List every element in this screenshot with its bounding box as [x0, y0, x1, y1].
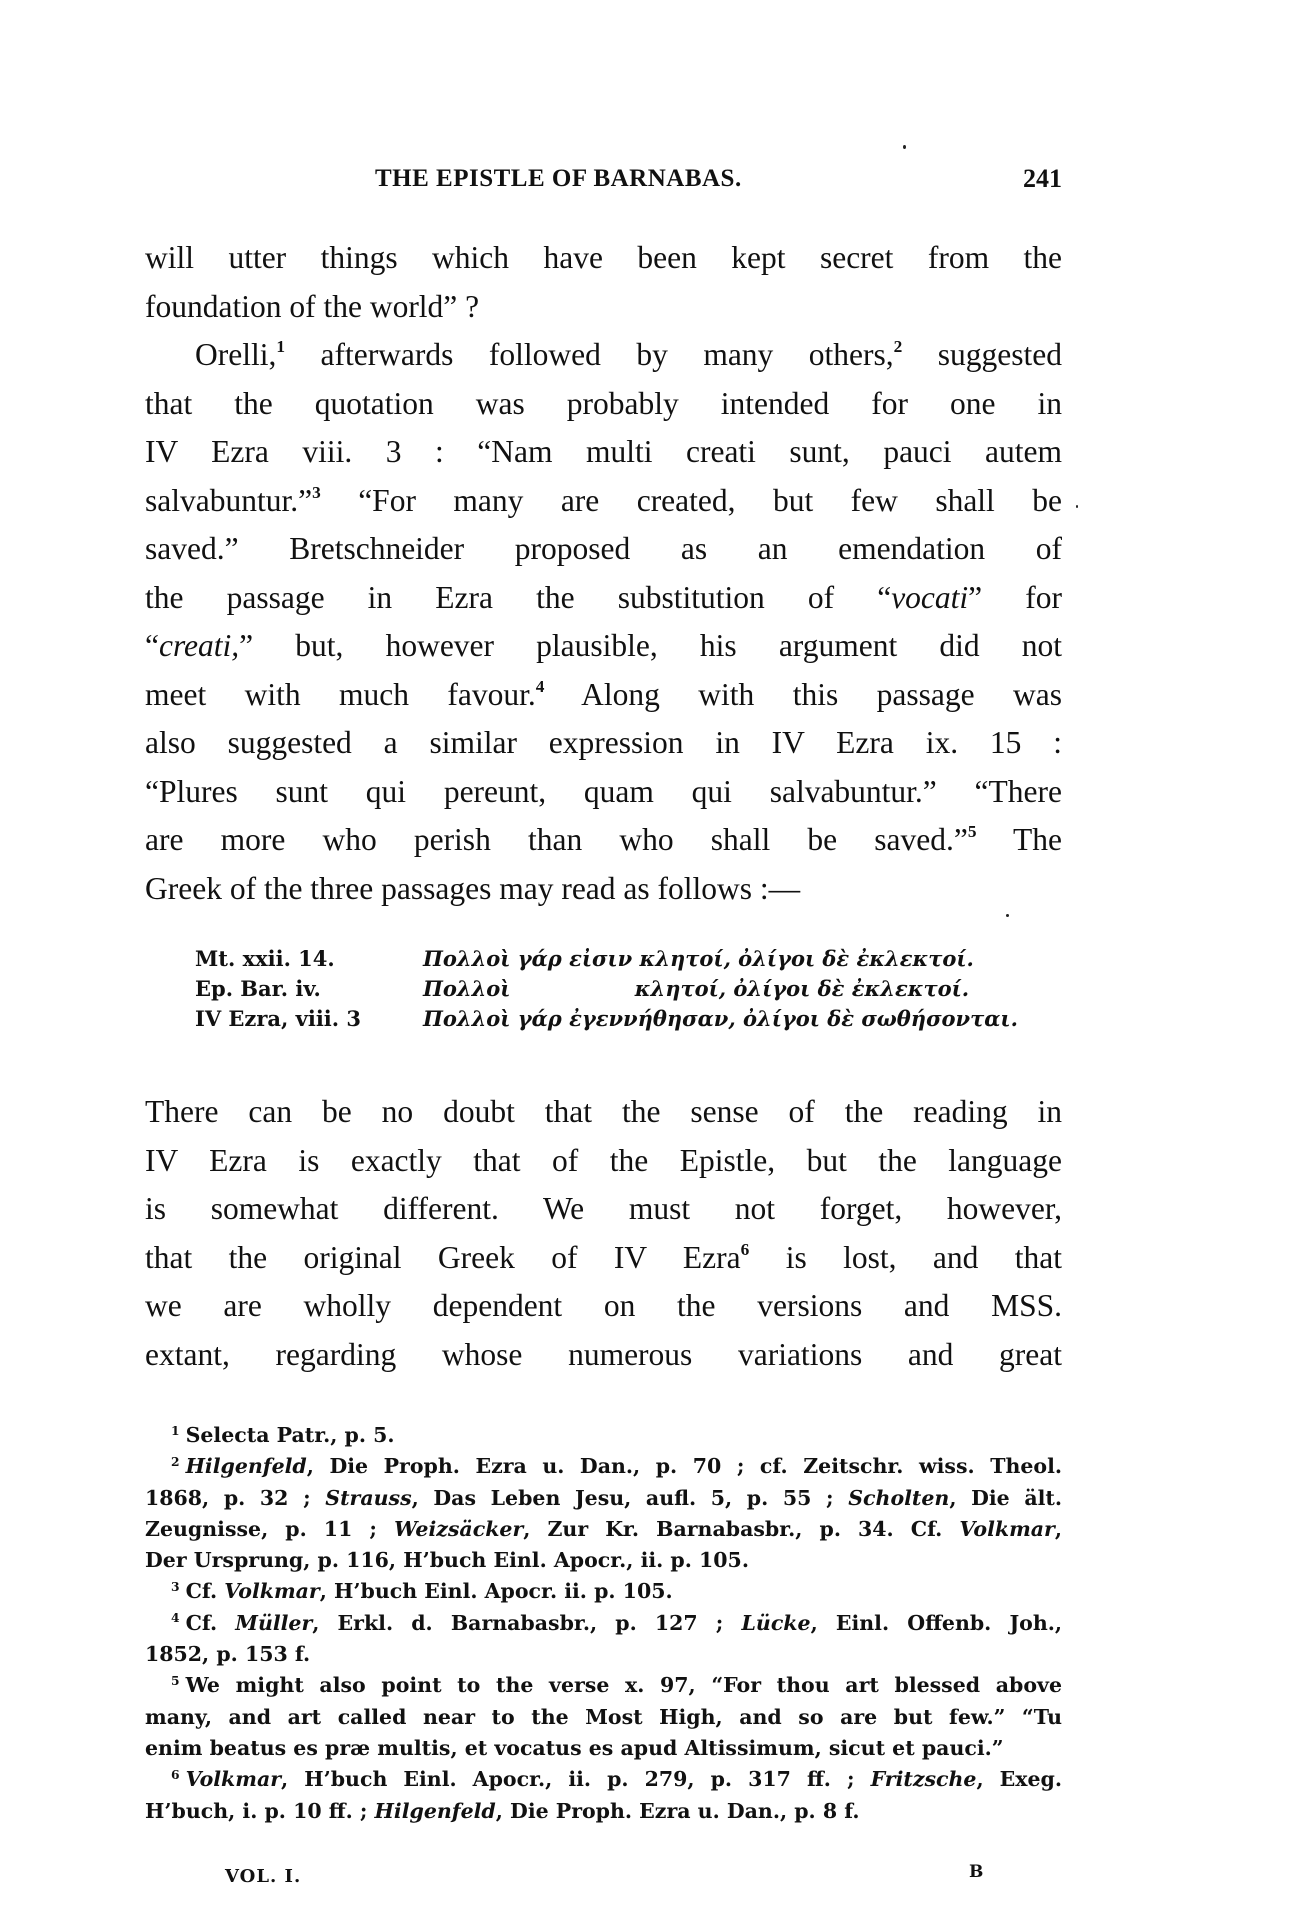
footnote-text: 1868, p. 32 ; — [145, 1486, 325, 1510]
text-line: extant, regarding whose numerous variati… — [145, 1331, 1062, 1380]
footnote-line: 1Selecta Patr., p. 5. — [145, 1420, 1062, 1451]
footnote-text: , Die Proph. Ezra u. Dan., p. 8 f. — [496, 1799, 860, 1823]
footnote-author: Hilgenfeld — [186, 1454, 307, 1478]
footnote-text: , Zur Kr. Barnabasbr., p. 34. Cf. — [523, 1517, 959, 1541]
text-line: IV Ezra viii. 3 : “Nam multi creati sunt… — [145, 428, 1062, 477]
footnote-author: Scholten — [848, 1486, 949, 1510]
footnote-author: Strauss — [325, 1486, 411, 1510]
footnote-line: H’buch, i. p. 10 ff. ; Hilgenfeld, Die P… — [145, 1796, 1062, 1827]
footnote-marker: 6 — [171, 1767, 180, 1782]
volume-signature: VOL. I. — [225, 1866, 301, 1887]
text-line: that the quotation was probably intended… — [145, 380, 1062, 429]
footnote-ref[interactable]: 3 — [312, 483, 321, 502]
greek-text: Πολλοὶ γάρ εἰσιν κλητοί, ὀλίγοι δὲ ἐκλεκ… — [423, 944, 974, 974]
footnote-line: many, and art called near to the Most Hi… — [145, 1702, 1062, 1733]
footnote-author: Fritzsche — [871, 1767, 977, 1791]
footnote-line: 5We might also point to the verse x. 97,… — [145, 1670, 1062, 1701]
print-speck — [1076, 505, 1078, 508]
footnote-text: , Einl. Offenb. Joh., — [811, 1611, 1062, 1635]
text-line: saved.” Bretschneider proposed as an eme… — [145, 525, 1062, 574]
text-line: Orelli,1 afterwards followed by many oth… — [145, 331, 1062, 380]
footnote-text: Der Ursprung, p. 116, H’buch Einl. Apocr… — [145, 1548, 749, 1572]
footnote-marker: 3 — [171, 1579, 180, 1594]
footnote-line: 1868, p. 32 ; Strauss, Das Leben Jesu, a… — [145, 1483, 1062, 1514]
footnotes: 1Selecta Patr., p. 5.2Hilgenfeld, Die Pr… — [145, 1420, 1062, 1827]
footnote-text: many, and art called near to the Most Hi… — [145, 1705, 1062, 1729]
footnote-text: , Das Leben Jesu, aufl. 5, p. 55 ; — [412, 1486, 849, 1510]
footnote-line: 4Cf. Müller, Erkl. d. Barnabasbr., p. 12… — [145, 1608, 1062, 1639]
footnote-line: 3Cf. Volkmar, H’buch Einl. Apocr. ii. p.… — [145, 1576, 1062, 1607]
footnote-text: Selecta Patr., p. 5. — [186, 1423, 395, 1447]
footnote-line: enim beatus es præ multis, et vocatus es… — [145, 1733, 1062, 1764]
footnote-text: H’buch, i. p. 10 ff. ; — [145, 1799, 375, 1823]
footnote-ref[interactable]: 2 — [894, 337, 903, 356]
print-speck — [1006, 914, 1009, 917]
footnote-text: , Exeg. — [976, 1767, 1062, 1791]
text-line: is somewhat different. We must not forge… — [145, 1185, 1062, 1234]
text-line: “Plures sunt qui pereunt, quam qui salva… — [145, 768, 1062, 817]
footnote-author: Hilgenfeld — [375, 1799, 496, 1823]
citation-ref: Mt. xxii. 14. — [195, 944, 423, 974]
book-page: THE EPISTLE OF BARNABAS. 241 will utter … — [0, 0, 1292, 1925]
greek-row: Mt. xxii. 14. Πολλοὶ γάρ εἰσιν κλητοί, ὀ… — [195, 944, 1018, 974]
footnote-author: Volkmar — [959, 1517, 1054, 1541]
text-line: are more who perish than who shall be sa… — [145, 816, 1062, 865]
footnote-line: 6Volkmar, H’buch Einl. Apocr., ii. p. 27… — [145, 1764, 1062, 1795]
footnote-text: enim beatus es præ multis, et vocatus es… — [145, 1736, 1004, 1760]
text-line: salvabuntur.”3 “For many are created, bu… — [145, 477, 1062, 526]
page-number: 241 — [1023, 164, 1062, 194]
gathering-mark: B — [969, 1862, 983, 1882]
footnote-text: We might also point to the verse x. 97, … — [186, 1673, 1062, 1697]
footnote-text: , Die Proph. Ezra u. Dan., p. 70 ; cf. Z… — [307, 1454, 1062, 1478]
footnote-author: Volkmar — [186, 1767, 281, 1791]
footnote-marker: 4 — [171, 1610, 180, 1625]
text-line: also suggested a similar expression in I… — [145, 719, 1062, 768]
footnote-line: 1852, p. 153 f. — [145, 1639, 1062, 1670]
footnote-author: Müller — [235, 1611, 312, 1635]
greek-row: Ep. Bar. iv. Πολλοὶ κλητοί, ὀλίγοι δὲ ἐκ… — [195, 974, 1018, 1004]
footnote-text: , Die ält. — [949, 1486, 1062, 1510]
footnote-text: 1852, p. 153 f. — [145, 1642, 310, 1666]
footnote-line: Zeugnisse, p. 11 ; Weizsäcker, Zur Kr. B… — [145, 1514, 1062, 1545]
main-text-upper: will utter things which have been kept s… — [145, 234, 1062, 913]
footnote-line: Der Ursprung, p. 116, H’buch Einl. Apocr… — [145, 1545, 1062, 1576]
greek-comparison-table: Mt. xxii. 14. Πολλοὶ γάρ εἰσιν κλητοί, ὀ… — [195, 944, 1018, 1034]
footnote-marker: 1 — [171, 1423, 180, 1438]
footnote-text: , — [1055, 1517, 1062, 1541]
text-line: foundation of the world” ? — [145, 283, 1062, 332]
italic-term: creati, — [159, 628, 239, 663]
footnote-author: Volkmar — [224, 1579, 319, 1603]
print-speck — [903, 145, 906, 149]
text-line: that the original Greek of IV Ezra6 is l… — [145, 1234, 1062, 1283]
text-line: There can be no doubt that the sense of … — [145, 1088, 1062, 1137]
greek-row: IV Ezra, viii. 3 Πολλοὶ γάρ ἐγεννήθησαν,… — [195, 1004, 1018, 1034]
citation-ref: Ep. Bar. iv. — [195, 974, 423, 1004]
footnote-author: Lücke — [742, 1611, 811, 1635]
footnote-marker: 5 — [171, 1673, 180, 1688]
footnote-text: Cf. — [186, 1579, 225, 1603]
text-line: IV Ezra is exactly that of the Epistle, … — [145, 1137, 1062, 1186]
text-line: Greek of the three passages may read as … — [145, 865, 1062, 914]
greek-text: Πολλοὶ κλητοί, ὀλίγοι δὲ ἐκλεκτοί. — [423, 974, 969, 1004]
greek-text: Πολλοὶ γάρ ἐγεννήθησαν, ὀλίγοι δὲ σωθήσο… — [423, 1004, 1018, 1034]
text-line: meet with much favour.4 Along with this … — [145, 671, 1062, 720]
running-head: THE EPISTLE OF BARNABAS. 241 — [145, 164, 1062, 194]
main-text-lower: There can be no doubt that the sense of … — [145, 1088, 1062, 1379]
footnote-text: Cf. — [186, 1611, 236, 1635]
text-line: the passage in Ezra the substitution of … — [145, 574, 1062, 623]
footnote-text: , H’buch Einl. Apocr., ii. p. 279, p. 31… — [281, 1767, 871, 1791]
running-title: THE EPISTLE OF BARNABAS. — [375, 164, 742, 194]
footnote-author: Weizsäcker — [394, 1517, 523, 1541]
text-line: we are wholly dependent on the versions … — [145, 1282, 1062, 1331]
footnote-ref[interactable]: 6 — [741, 1240, 750, 1259]
footnote-text: Zeugnisse, p. 11 ; — [145, 1517, 394, 1541]
footnote-marker: 2 — [171, 1454, 180, 1469]
footnote-line: 2Hilgenfeld, Die Proph. Ezra u. Dan., p.… — [145, 1451, 1062, 1482]
citation-ref: IV Ezra, viii. 3 — [195, 1004, 423, 1034]
footnote-text: , Erkl. d. Barnabasbr., p. 127 ; — [312, 1611, 741, 1635]
text-line: will utter things which have been kept s… — [145, 234, 1062, 283]
footnote-ref[interactable]: 1 — [276, 337, 285, 356]
text-line: “creati,” but, however plausible, his ar… — [145, 622, 1062, 671]
footnote-text: , H’buch Einl. Apocr. ii. p. 105. — [320, 1579, 673, 1603]
italic-term: vocati — [891, 580, 968, 615]
